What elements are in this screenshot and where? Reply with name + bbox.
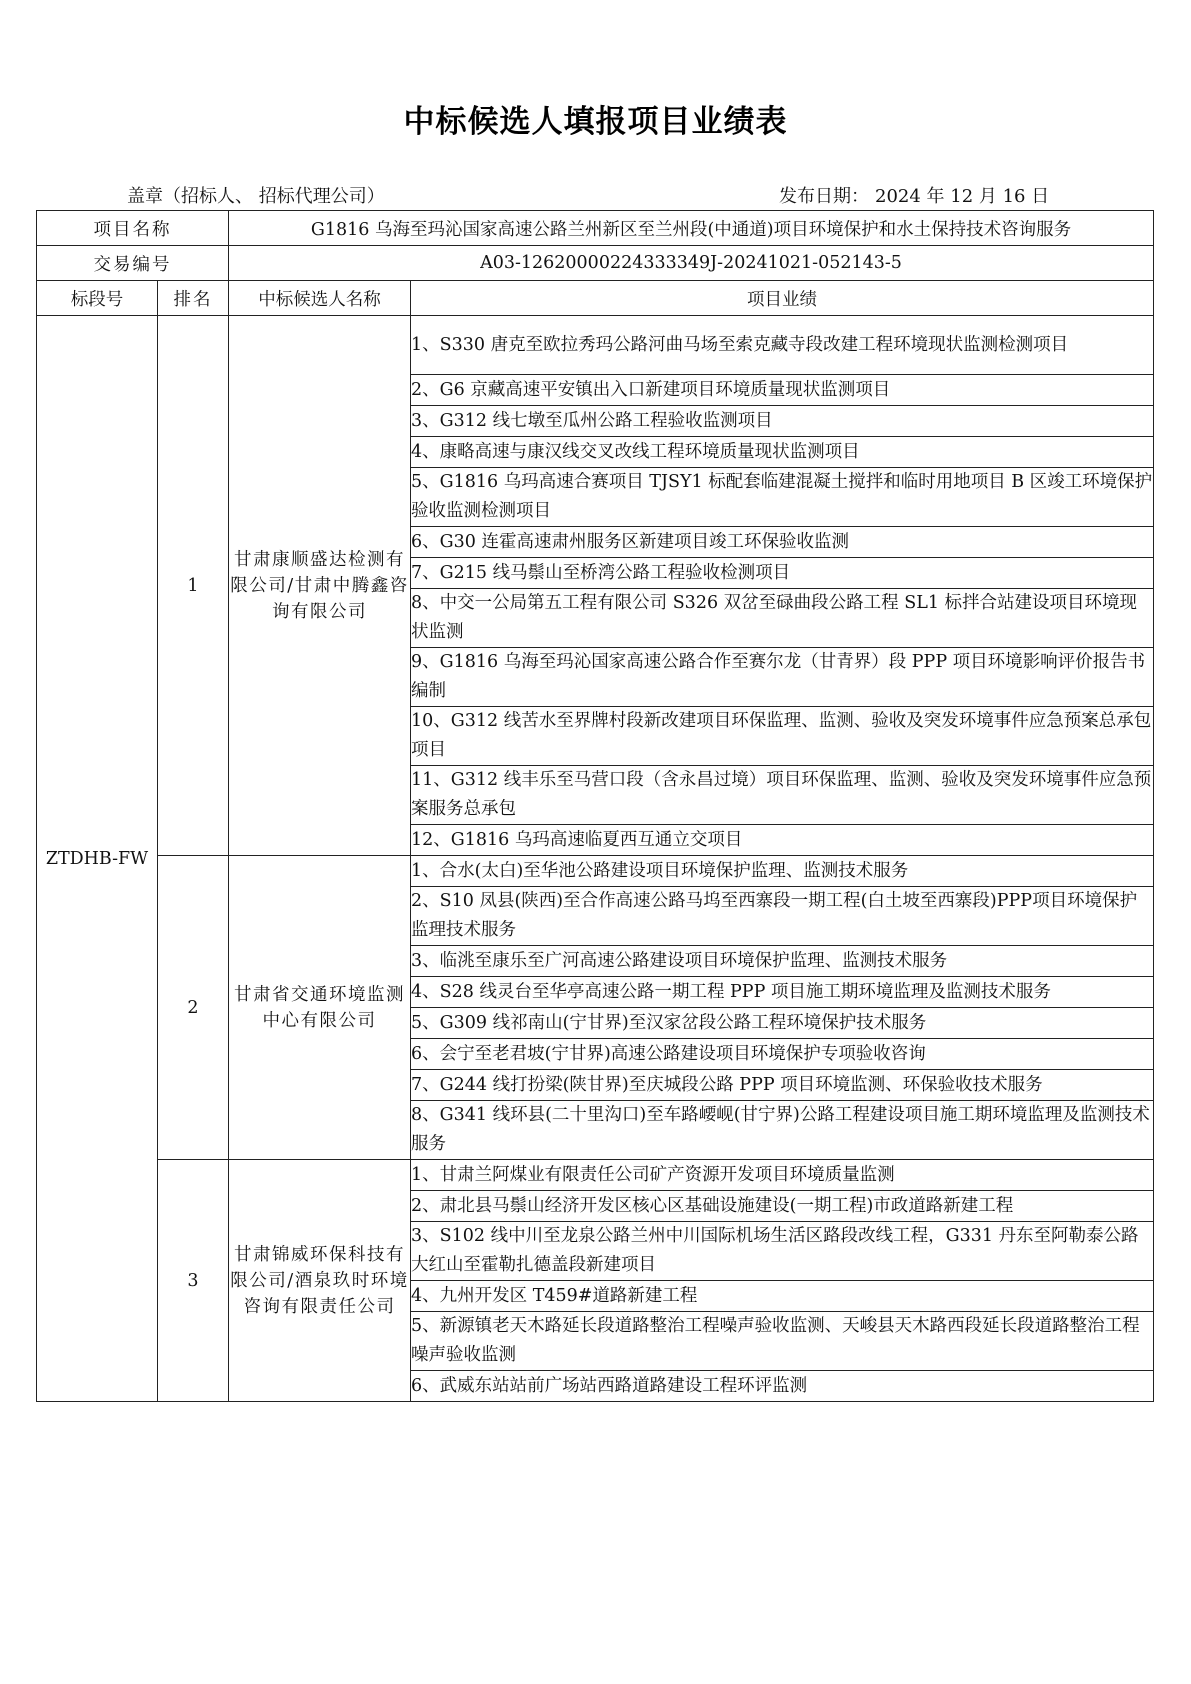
candidate-name-cell: 甘肃省交通环境监测中心有限公司	[229, 856, 411, 1160]
stamp-label: 盖章（招标人、 招标代理公司）	[127, 182, 385, 208]
table-row: 2 甘肃省交通环境监测中心有限公司 1、合水(太白)至华池公路建设项目环境保护监…	[37, 856, 1154, 887]
project-item: 8、G341 线环县(二十里沟口)至车路崾岘(甘宁界)公路工程建设项目施工期环境…	[411, 1101, 1154, 1160]
rank-cell: 1	[158, 316, 229, 856]
project-item: 5、新源镇老天木路延长段道路整治工程噪声验收监测、天峻县天木路西段延长段道路整治…	[411, 1312, 1154, 1371]
project-item: 6、武威东站站前广场站西路道路建设工程环评监测	[411, 1371, 1154, 1402]
segment-cell: ZTDHB-FW	[37, 316, 158, 1402]
project-item: 8、中交一公局第五工程有限公司 S326 双岔至碌曲段公路工程 SL1 标拌合站…	[411, 589, 1154, 648]
rank-cell: 2	[158, 856, 229, 1160]
publish-date-value: 2024 年 12 月 16 日	[875, 186, 1049, 207]
project-item: 12、G1816 乌玛高速临夏西互通立交项目	[411, 825, 1154, 856]
column-header-performance: 项目业绩	[411, 281, 1154, 316]
project-item: 5、G309 线祁南山(宁甘界)至汉家岔段公路工程环境保护技术服务	[411, 1008, 1154, 1039]
project-item: 7、G215 线马鬃山至桥湾公路工程验收检测项目	[411, 558, 1154, 589]
project-item: 1、S330 唐克至欧拉秀玛公路河曲马场至索克藏寺段改建工程环境现状监测检测项目	[411, 316, 1154, 375]
project-item: 10、G312 线苦水至界牌村段新改建项目环保监理、监测、验收及突发环境事件应急…	[411, 707, 1154, 766]
column-header-row: 标段号 排名 中标候选人名称 项目业绩	[37, 281, 1154, 316]
publish-date: 发布日期：2024 年 12 月 16 日	[779, 182, 1055, 208]
candidate-name-cell: 甘肃康顺盛达检测有限公司/甘肃中腾鑫咨询有限公司	[229, 316, 411, 856]
project-item: 2、G6 京藏高速平安镇出入口新建项目环境质量现状监测项目	[411, 375, 1154, 406]
project-item: 3、G312 线七墩至瓜州公路工程验收监测项目	[411, 406, 1154, 437]
project-item: 6、G30 连霍高速肃州服务区新建项目竣工环保验收监测	[411, 527, 1154, 558]
table-row: ZTDHB-FW 1 甘肃康顺盛达检测有限公司/甘肃中腾鑫咨询有限公司 1、S3…	[37, 316, 1154, 375]
project-item: 9、G1816 乌海至玛沁国家高速公路合作至赛尔龙（甘青界）段 PPP 项目环境…	[411, 648, 1154, 707]
column-header-rank: 排名	[158, 281, 229, 316]
column-header-candidate: 中标候选人名称	[229, 281, 411, 316]
trade-no-value: A03-12620000224333349J-20241021-052143-5	[229, 246, 1154, 281]
project-item: 5、G1816 乌玛高速合赛项目 TJSY1 标配套临建混凝土搅拌和临时用地项目…	[411, 468, 1154, 527]
project-item: 2、S10 凤县(陕西)至合作高速公路马坞至西寨段一期工程(白土坡至西寨段)PP…	[411, 887, 1154, 946]
project-item: 3、S102 线中川至龙泉公路兰州中川国际机场生活区路段改线工程，G331 丹东…	[411, 1222, 1154, 1281]
project-item: 4、九州开发区 T459#道路新建工程	[411, 1281, 1154, 1312]
publish-date-label: 发布日期：	[779, 186, 869, 207]
project-item: 1、甘肃兰阿煤业有限责任公司矿产资源开发项目环境质量监测	[411, 1160, 1154, 1191]
table-row: 3 甘肃锦威环保科技有限公司/酒泉玖时环境咨询有限责任公司 1、甘肃兰阿煤业有限…	[37, 1160, 1154, 1191]
project-name-label: 项目名称	[37, 211, 229, 246]
project-item: 3、临洮至康乐至广河高速公路建设项目环境保护监理、监测技术服务	[411, 946, 1154, 977]
project-item: 4、S28 线灵台至华亭高速公路一期工程 PPP 项目施工期环境监理及监测技术服…	[411, 977, 1154, 1008]
project-item: 2、肃北县马鬃山经济开发区核心区基础设施建设(一期工程)市政道路新建工程	[411, 1191, 1154, 1222]
project-item: 6、会宁至老君坡(宁甘界)高速公路建设项目环境保护专项验收咨询	[411, 1039, 1154, 1070]
column-header-segment: 标段号	[37, 281, 158, 316]
project-item: 1、合水(太白)至华池公路建设项目环境保护监理、监测技术服务	[411, 856, 1154, 887]
project-item: 7、G244 线打扮梁(陕甘界)至庆城段公路 PPP 项目环境监测、环保验收技术…	[411, 1070, 1154, 1101]
project-name-value: G1816 乌海至玛沁国家高速公路兰州新区至兰州段(中通道)项目环境保护和水土保…	[229, 211, 1154, 246]
trade-no-row: 交易编号 A03-12620000224333349J-20241021-052…	[37, 246, 1154, 281]
project-name-row: 项目名称 G1816 乌海至玛沁国家高速公路兰州新区至兰州段(中通道)项目环境保…	[37, 211, 1154, 246]
trade-no-label: 交易编号	[37, 246, 229, 281]
project-item: 4、康略高速与康汉线交叉改线工程环境质量现状监测项目	[411, 437, 1154, 468]
project-item: 11、G312 线丰乐至马营口段（含永昌过境）项目环保监理、监测、验收及突发环境…	[411, 766, 1154, 825]
rank-cell: 3	[158, 1160, 229, 1402]
candidate-name-cell: 甘肃锦威环保科技有限公司/酒泉玖时环境咨询有限责任公司	[229, 1160, 411, 1402]
page-title: 中标候选人填报项目业绩表	[0, 96, 1191, 141]
performance-table: 项目名称 G1816 乌海至玛沁国家高速公路兰州新区至兰州段(中通道)项目环境保…	[36, 210, 1154, 1402]
